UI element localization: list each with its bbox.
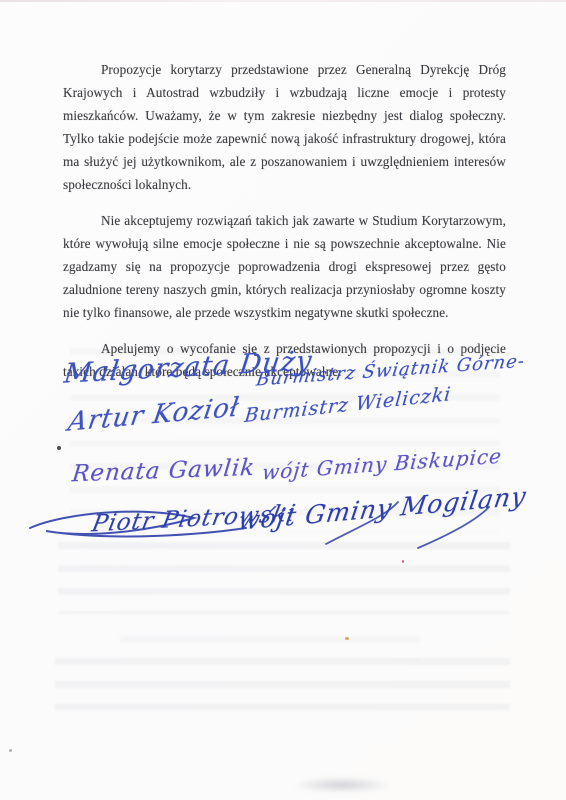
signature-title-wojt-gminy-biskupice: wójt Gminy Biskupice [261, 444, 503, 485]
letter-body: Propozycje korytarzy przedstawione przez… [63, 58, 506, 396]
scan-edge-artifact [0, 0, 566, 2]
scanned-letter-page: Propozycje korytarzy przedstawione przez… [0, 0, 566, 800]
paragraph-no-acceptance: Nie akceptujemy rozwiązań takich jak zaw… [63, 209, 506, 324]
bleedthrough-text-band [58, 542, 510, 614]
paragraph-corridor-proposals: Propozycje korytarzy przedstawione przez… [63, 58, 506, 196]
signature-name-renata-gawlik: Renata Gawlik [71, 455, 257, 488]
ink-speck [57, 446, 61, 450]
scan-speck [9, 749, 12, 752]
scan-speck [345, 637, 349, 640]
bleedthrough-text-band [55, 658, 510, 710]
signature-name-artur-koziol: Artur Kozioł [66, 392, 242, 437]
bleedthrough-text-band [120, 636, 420, 660]
scan-smudge [292, 777, 392, 793]
scan-speck [402, 560, 404, 563]
